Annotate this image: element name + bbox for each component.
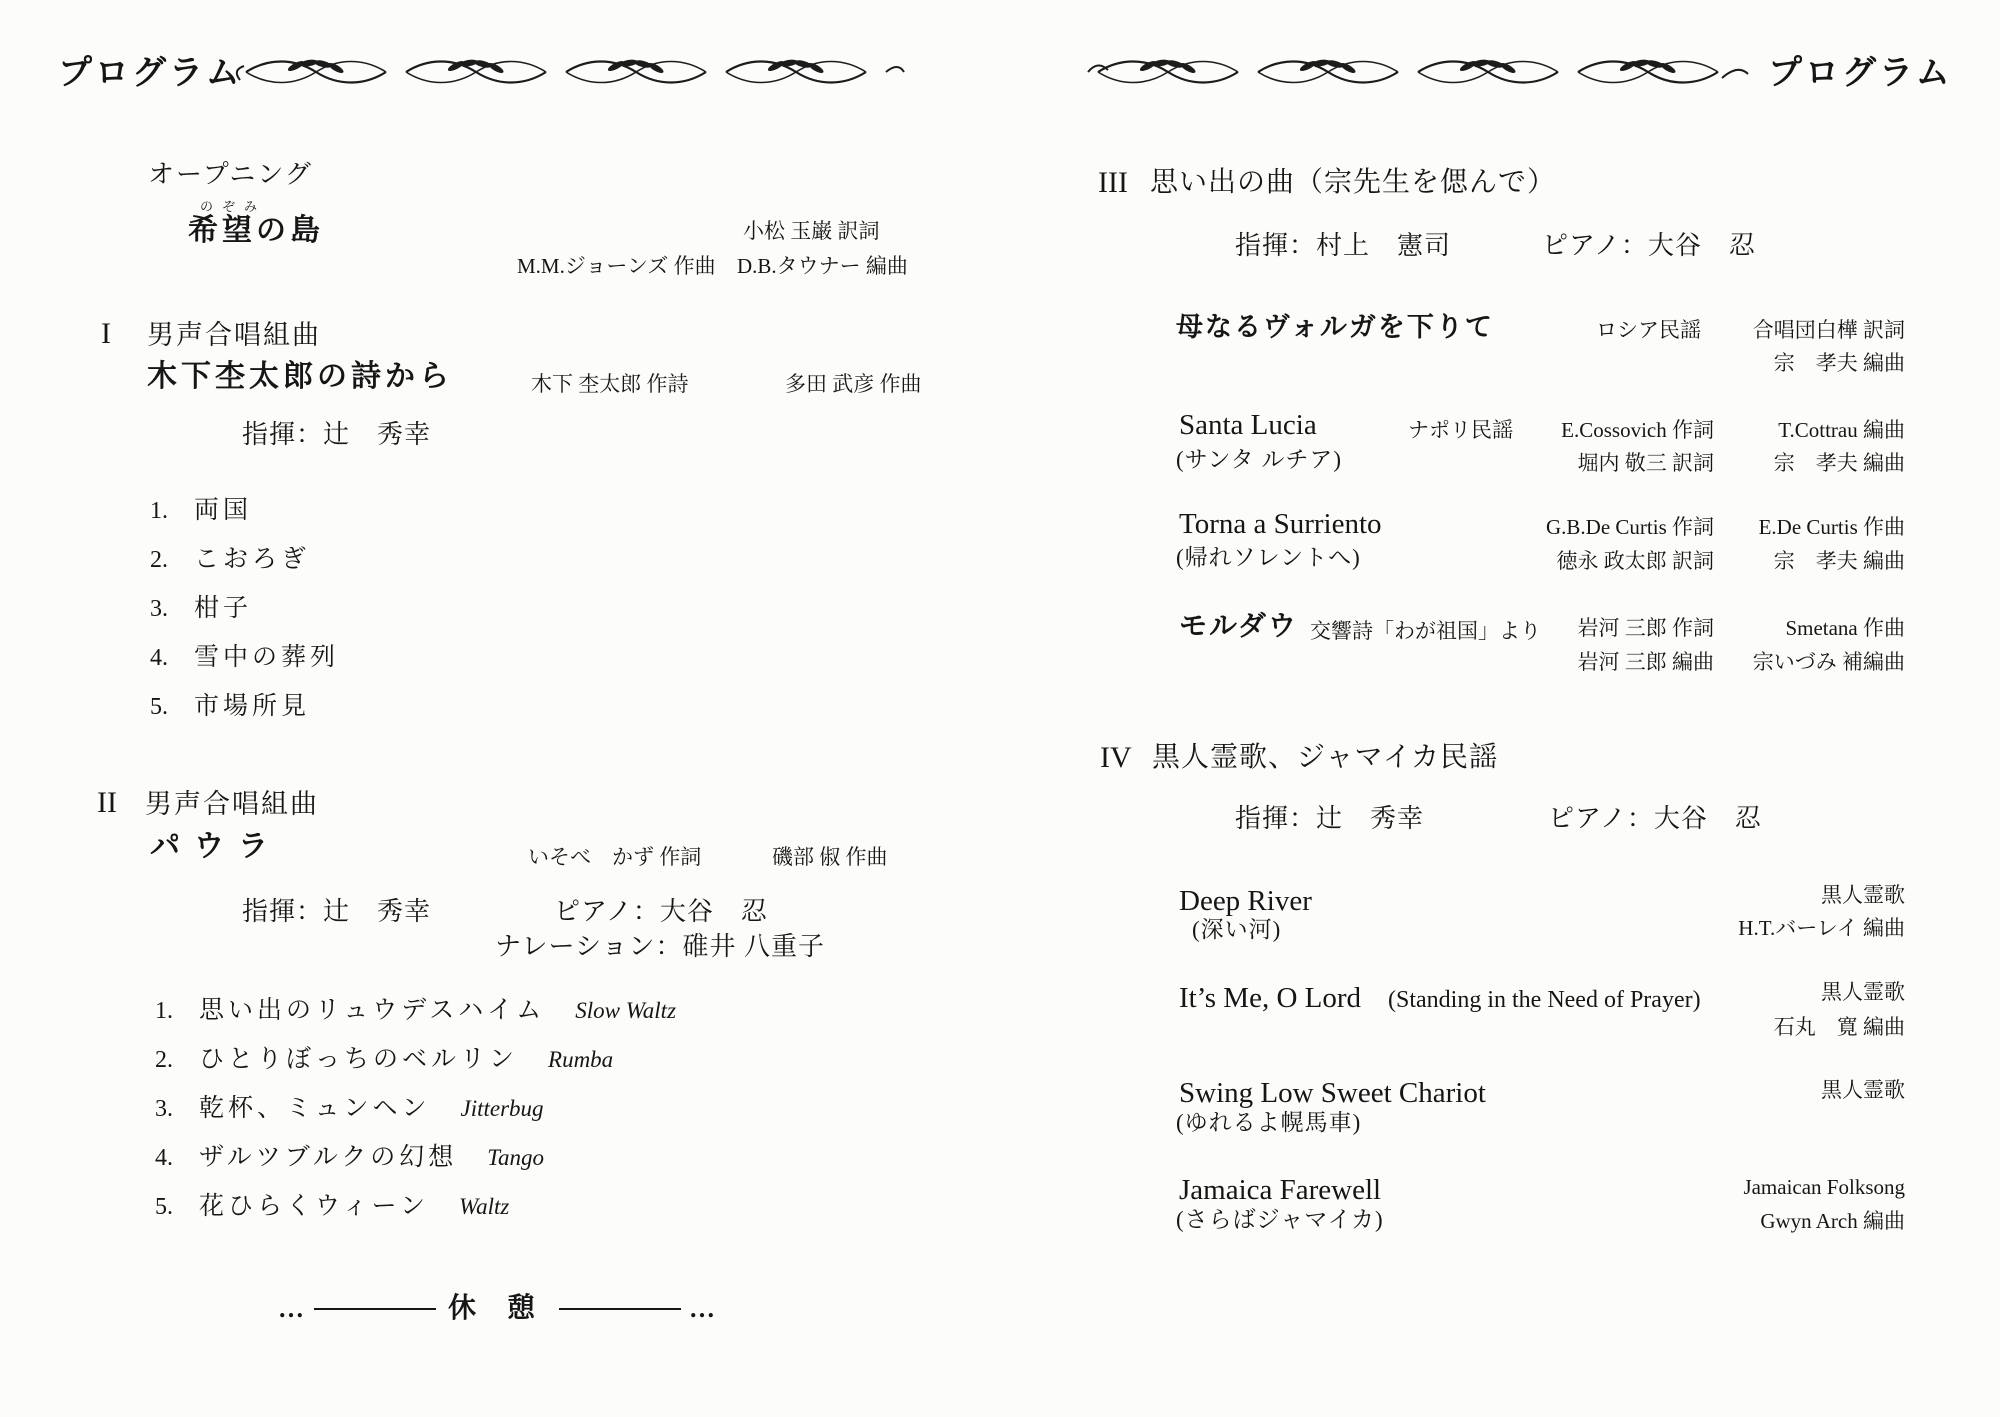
track-title: 市場所見 — [194, 693, 310, 722]
section4-numeral: IV — [1100, 741, 1132, 776]
section4-pianist: ピアノ：大谷 忍 — [1548, 804, 1762, 834]
track-number: 3. — [155, 1096, 199, 1124]
track-number: 2. — [150, 547, 194, 575]
intermission-row: … 休 憩 … — [278, 1293, 717, 1325]
track-number: 5. — [150, 694, 194, 722]
track-row: 5. 市場所見 — [150, 693, 310, 722]
opening-song-title: 希望の島 — [188, 214, 324, 249]
section3-pianist: ピアノ：大谷 忍 — [1542, 231, 1756, 261]
section2-suite-title: パウラ — [150, 830, 282, 865]
song-origin: 黒人霊歌 — [1821, 1078, 1905, 1102]
section4-title: 黒人霊歌、ジャマイカ民謡 — [1152, 742, 1498, 774]
section1-genre: 男声合唱組曲 — [147, 320, 321, 351]
section2-narrator: ナレーション：碓井 八重子 — [495, 932, 825, 962]
section1-conductor: 指揮：辻 秀幸 — [242, 420, 431, 450]
section2-conductor: 指揮：辻 秀幸 — [242, 897, 431, 927]
track-number: 4. — [150, 645, 194, 673]
lyricist-credit: E.Cossovich 作詞 — [1561, 418, 1714, 442]
track-row: 4. 雪中の葬列 — [150, 644, 339, 673]
vine-ornament-right — [1082, 54, 1758, 90]
track-title: ザルツブルクの幻想 — [199, 1144, 457, 1173]
arranger-credit: Gwyn Arch 編曲 — [1760, 1209, 1905, 1233]
opening-composer-credit: M.M.ジョーンズ 作曲 — [517, 254, 716, 278]
arranger-credit: 宗 孝夫 編曲 — [1774, 451, 1905, 475]
section1-composer-credit: 多田 武彦 作曲 — [785, 372, 922, 396]
dance-style: Waltz — [459, 1194, 509, 1220]
track-number: 3. — [150, 596, 194, 624]
intermission-label: 休 憩 — [448, 1293, 547, 1325]
arranger-credit: 石丸 寛 編曲 — [1774, 1015, 1905, 1039]
section1-suite-title: 木下杢太郎の詩から — [147, 360, 453, 395]
lyricist-credit: 岩河 三郎 作詞 — [1578, 616, 1715, 640]
opening-label: オープニング — [148, 160, 313, 190]
track-row: 4. ザルツブルクの幻想 Tango — [155, 1144, 544, 1173]
track-row: 1. 両国 — [150, 497, 252, 526]
arranger-credit: 宗 孝夫 編曲 — [1774, 351, 1905, 375]
track-title: こおろぎ — [194, 546, 310, 575]
vine-ornament-left — [226, 54, 910, 90]
song-subtitle: (ゆれるよ幌馬車) — [1176, 1110, 1361, 1136]
dots-left: … — [278, 1294, 306, 1324]
song-title-santa-lucia: Santa Lucia — [1179, 409, 1317, 442]
section3-numeral: III — [1098, 166, 1128, 201]
page-title-left: プログラム — [58, 54, 243, 93]
song-subtitle: 交響詩「わが祖国」より — [1310, 619, 1541, 643]
section4-conductor: 指揮：辻 秀幸 — [1235, 804, 1424, 834]
section2-numeral: II — [97, 786, 117, 821]
track-number: 2. — [155, 1047, 199, 1075]
opening-translator-credit: 小松 玉巌 訳詞 — [743, 219, 880, 243]
section2-pianist: ピアノ：大谷 忍 — [554, 897, 768, 927]
page-title-right: プログラム — [1768, 54, 1953, 93]
arranger-credit: 岩河 三郎 編曲 — [1578, 650, 1715, 674]
rule-right — [559, 1308, 681, 1310]
dance-style: Jitterbug — [461, 1096, 544, 1122]
track-title: 乾杯、ミュンヘン — [199, 1095, 431, 1124]
track-title: 柑子 — [194, 595, 252, 624]
translator-credit: 堀内 敬三 訳詞 — [1578, 451, 1715, 475]
arranger-credit: 宗 孝夫 編曲 — [1774, 549, 1905, 573]
track-row: 1. 思い出のリュウデスハイム Slow Waltz — [155, 997, 676, 1026]
song-subtitle: (さらばジャマイカ) — [1176, 1207, 1384, 1233]
track-row: 5. 花ひらくウィーン Waltz — [155, 1193, 509, 1222]
arranger-credit: H.T.バーレイ 編曲 — [1738, 916, 1905, 940]
dots-right: … — [689, 1294, 717, 1324]
rule-left — [314, 1308, 436, 1310]
composer-credit: E.De Curtis 作曲 — [1759, 515, 1905, 539]
song-subtitle: (深い河) — [1192, 917, 1281, 943]
track-title: 花ひらくウィーン — [199, 1193, 429, 1222]
song-origin: Jamaican Folksong — [1743, 1175, 1905, 1199]
co-arranger-credit: 宗いづみ 補編曲 — [1753, 650, 1905, 674]
song-subtitle: (帰れソレントへ) — [1176, 545, 1361, 571]
song-title-moldau: モルダウ — [1179, 611, 1298, 643]
song-title-deep-river: Deep River — [1179, 885, 1312, 918]
section3-conductor: 指揮：村上 憲司 — [1235, 231, 1451, 261]
track-number: 4. — [155, 1145, 199, 1173]
song-title-jamaica: Jamaica Farewell — [1179, 1174, 1381, 1207]
song-title-swing-low: Swing Low Sweet Chariot — [1179, 1077, 1486, 1110]
track-number: 5. — [155, 1194, 199, 1222]
song-origin: ロシア民謡 — [1596, 318, 1701, 342]
composer-credit: Smetana 作曲 — [1785, 616, 1905, 640]
section3-title: 思い出の曲（宗先生を偲んで） — [1150, 167, 1556, 199]
track-row: 3. 乾杯、ミュンヘン Jitterbug — [155, 1095, 544, 1124]
track-title: 雪中の葬列 — [194, 644, 339, 673]
song-title-volga: 母なるヴォルガを下りて — [1176, 312, 1494, 343]
song-subtitle-inline: (Standing in the Need of Prayer) — [1388, 987, 1701, 1015]
lyricist-credit: G.B.De Curtis 作詞 — [1546, 515, 1714, 539]
song-title-torna: Torna a Surriento — [1179, 508, 1382, 541]
translator-credit: 合唱団白樺 訳詞 — [1753, 318, 1905, 342]
section1-numeral: I — [101, 317, 111, 352]
section2-lyricist-credit: いそべ かず 作詞 — [528, 845, 701, 869]
track-title: ひとりぼっちのベルリン — [199, 1046, 518, 1075]
track-number: 1. — [155, 998, 199, 1026]
section2-composer-credit: 磯部 俶 作曲 — [772, 845, 888, 869]
track-row: 2. こおろぎ — [150, 546, 310, 575]
dance-style: Slow Waltz — [575, 998, 676, 1024]
track-number: 1. — [150, 498, 194, 526]
song-subtitle: (サンタ ルチア) — [1176, 447, 1342, 473]
track-row: 3. 柑子 — [150, 595, 252, 624]
song-origin: 黒人霊歌 — [1821, 980, 1905, 1004]
track-title: 両国 — [194, 497, 252, 526]
track-row: 2. ひとりぼっちのベルリン Rumba — [155, 1046, 613, 1075]
song-origin: ナポリ民謡 — [1408, 418, 1513, 442]
program-page-spread: { "header": { "title_left": "プログラム", "ti… — [0, 0, 2000, 1417]
track-title: 思い出のリュウデスハイム — [199, 997, 545, 1026]
section2-genre: 男声合唱組曲 — [145, 789, 319, 820]
song-title-its-me: It’s Me, O Lord — [1179, 982, 1361, 1015]
dance-style: Tango — [487, 1145, 544, 1171]
song-origin: 黒人霊歌 — [1821, 883, 1905, 907]
arranger-credit: T.Cottrau 編曲 — [1778, 418, 1905, 442]
section1-lyricist-credit: 木下 杢太郎 作詩 — [531, 372, 689, 396]
translator-credit: 徳永 政太郎 訳詞 — [1557, 549, 1715, 573]
opening-furigana: のぞみ — [200, 200, 266, 215]
dance-style: Rumba — [548, 1047, 613, 1073]
opening-arranger-credit: D.B.タウナー 編曲 — [737, 254, 908, 278]
